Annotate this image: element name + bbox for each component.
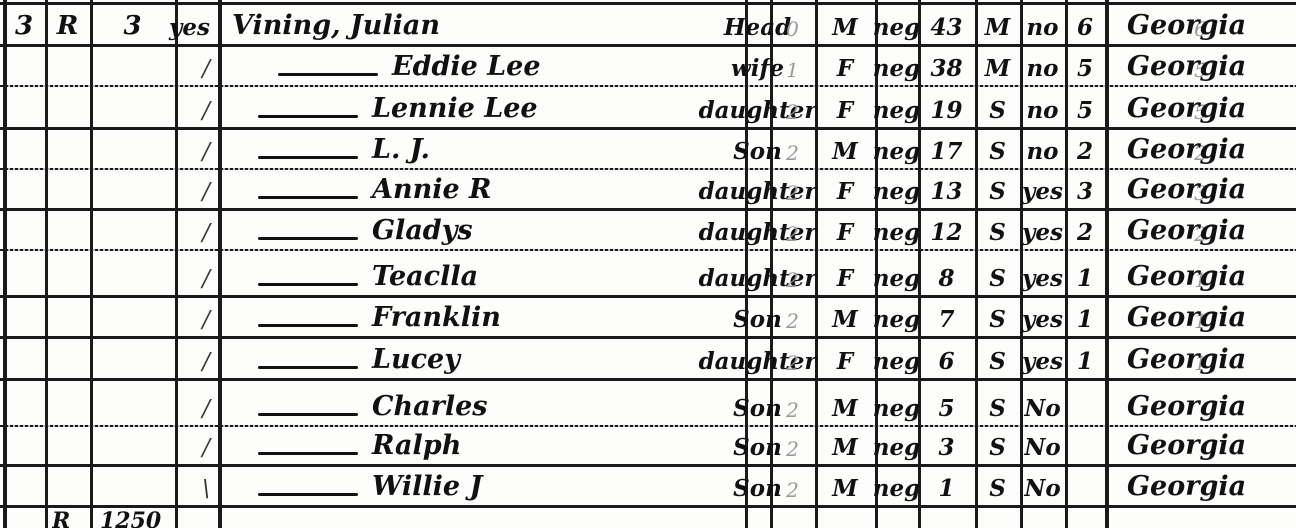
person-name: Lucey [218, 336, 745, 378]
name-text: Lennie Lee [372, 93, 538, 124]
name-text: Annie R [372, 174, 491, 205]
age: 13 [918, 168, 975, 208]
school-attendance: No [1020, 425, 1065, 464]
race: neg [875, 336, 918, 378]
relation: Head [745, 2, 770, 44]
relation-code: 2 [770, 168, 815, 208]
sex: M [815, 2, 875, 44]
ditto-dash [258, 324, 358, 327]
age: 6 [918, 336, 975, 378]
household-line-number: 3 [3, 2, 45, 44]
relation-code: 2 [770, 85, 815, 127]
ditto-dash [258, 452, 358, 455]
check-mark: / [175, 168, 218, 208]
check-mark: / [175, 295, 218, 336]
check-mark: \ [175, 464, 218, 505]
check-mark: / [175, 249, 218, 295]
ditto-dash [258, 156, 358, 159]
person-name: Teaclla [218, 249, 745, 295]
birthplace: Georgia [1105, 378, 1296, 425]
marital-status: S [975, 295, 1020, 336]
highest-grade: 1 [1065, 295, 1105, 336]
ditto-dash [258, 237, 358, 240]
age: 12 [918, 208, 975, 249]
marital-status: S [975, 249, 1020, 295]
birthplace: Georgia [1105, 336, 1296, 378]
name-text: Charles [372, 391, 487, 422]
home-owned-rented: R [45, 2, 90, 44]
highest-grade: 1 [1065, 336, 1105, 378]
person-name: L. J. [218, 127, 745, 168]
marital-status: M [975, 44, 1020, 85]
relation: daughter [745, 336, 770, 378]
school-attendance: No [1020, 378, 1065, 425]
school-attendance: no [1020, 2, 1065, 44]
check-mark: / [175, 378, 218, 425]
highest-grade [1065, 464, 1105, 505]
relation-code: 2 [770, 425, 815, 464]
relation: daughter [745, 208, 770, 249]
relation-code: 0 [770, 2, 815, 44]
person-name: Willie J [218, 464, 745, 505]
ditto-dash [258, 283, 358, 286]
name-text: Gladys [372, 215, 473, 246]
relation: wife [745, 44, 770, 85]
ditto-dash [258, 413, 358, 416]
age: 5 [918, 378, 975, 425]
relation: Son [745, 378, 770, 425]
marital-status: S [975, 464, 1020, 505]
sex: M [815, 295, 875, 336]
name-text: Vining, Julian [232, 10, 440, 41]
age: 1 [918, 464, 975, 505]
school-attendance: no [1020, 44, 1065, 85]
farm-residence: yes [175, 2, 218, 44]
name-text: Ralph [372, 430, 461, 461]
person-name: Ralph [218, 425, 745, 464]
sex: F [815, 44, 875, 85]
school-attendance: yes [1020, 249, 1065, 295]
marital-status: S [975, 425, 1020, 464]
sex: F [815, 168, 875, 208]
name-text: Eddie Lee [392, 51, 541, 82]
person-name: Lennie Lee [218, 85, 745, 127]
relation-code: 2 [770, 378, 815, 425]
school-attendance: no [1020, 127, 1065, 168]
name-text: L. J. [372, 134, 430, 165]
relation: daughter [745, 249, 770, 295]
marital-status: M [975, 2, 1020, 44]
highest-grade: 1 [1065, 249, 1105, 295]
relation-code: 2 [770, 127, 815, 168]
marital-status: S [975, 168, 1020, 208]
person-name: Franklin [218, 295, 745, 336]
relation-code: 2 [770, 336, 815, 378]
race: neg [875, 2, 918, 44]
highest-grade: 3 [1065, 168, 1105, 208]
sex: M [815, 464, 875, 505]
row-divider [0, 505, 1296, 508]
column-divider [45, 0, 48, 528]
birthplace: Georgia [1105, 425, 1296, 464]
race: neg [875, 208, 918, 249]
birthplace: Georgia [1105, 2, 1296, 44]
birthplace: Georgia [1105, 295, 1296, 336]
marital-status: S [975, 336, 1020, 378]
name-text: Willie J [372, 471, 482, 502]
check-mark: / [175, 336, 218, 378]
race: neg [875, 425, 918, 464]
relation: daughter [745, 168, 770, 208]
race: neg [875, 85, 918, 127]
race: neg [875, 249, 918, 295]
person-name: Charles [218, 378, 745, 425]
age: 19 [918, 85, 975, 127]
sex: F [815, 336, 875, 378]
race: neg [875, 127, 918, 168]
race: neg [875, 44, 918, 85]
ditto-dash [258, 115, 358, 118]
race: neg [875, 378, 918, 425]
age: 7 [918, 295, 975, 336]
check-mark: / [175, 208, 218, 249]
ditto-dash [258, 196, 358, 199]
check-mark: / [175, 85, 218, 127]
dwelling-number: 3 [90, 2, 175, 44]
age: 38 [918, 44, 975, 85]
relation: Son [745, 464, 770, 505]
sex: M [815, 378, 875, 425]
person-name: Eddie Lee [218, 44, 745, 85]
relation-code: 2 [770, 249, 815, 295]
highest-grade: 2 [1065, 127, 1105, 168]
birthplace: Georgia [1105, 44, 1296, 85]
age: 3 [918, 425, 975, 464]
relation: Son [745, 127, 770, 168]
person-name: Annie R [218, 168, 745, 208]
race: neg [875, 295, 918, 336]
name-text: Teaclla [372, 261, 478, 292]
age: 8 [918, 249, 975, 295]
person-name: Gladys [218, 208, 745, 249]
school-attendance: yes [1020, 208, 1065, 249]
check-mark: / [175, 44, 218, 85]
relation: Son [745, 295, 770, 336]
birthplace: Georgia [1105, 464, 1296, 505]
age: 43 [918, 2, 975, 44]
relation-code: 1 [770, 44, 815, 85]
sex: F [815, 208, 875, 249]
school-attendance: yes [1020, 295, 1065, 336]
check-mark: / [175, 425, 218, 464]
school-attendance: no [1020, 85, 1065, 127]
ditto-dash [258, 366, 358, 369]
sex: M [815, 425, 875, 464]
birthplace: Georgia [1105, 249, 1296, 295]
birthplace: Georgia [1105, 127, 1296, 168]
highest-grade [1065, 378, 1105, 425]
highest-grade: 2 [1065, 208, 1105, 249]
relation: Son [745, 425, 770, 464]
birthplace: Georgia [1105, 168, 1296, 208]
person-name: Vining, Julian [218, 2, 745, 44]
census-grid: 3R3yesVining, JulianHead0Mneg43Mno66Geor… [0, 0, 1296, 528]
birthplace: Georgia [1105, 85, 1296, 127]
ditto-dash [258, 493, 358, 496]
school-attendance: No [1020, 464, 1065, 505]
marital-status: S [975, 208, 1020, 249]
sex: F [815, 249, 875, 295]
highest-grade: 6 [1065, 2, 1105, 44]
column-divider [90, 0, 93, 528]
highest-grade [1065, 425, 1105, 464]
relation-code: 2 [770, 464, 815, 505]
name-text: Lucey [372, 344, 460, 375]
highest-grade: 5 [1065, 85, 1105, 127]
school-attendance: yes [1020, 168, 1065, 208]
next-row-owned-rented: R [52, 508, 88, 528]
relation: daughter [745, 85, 770, 127]
race: neg [875, 464, 918, 505]
age: 17 [918, 127, 975, 168]
next-row-value: 1250 [100, 508, 170, 528]
relation-code: 2 [770, 295, 815, 336]
sex: M [815, 127, 875, 168]
relation-code: 2 [770, 208, 815, 249]
marital-status: S [975, 378, 1020, 425]
census-sheet: 3R3yesVining, JulianHead0Mneg43Mno66Geor… [0, 0, 1296, 528]
name-text: Franklin [372, 302, 501, 333]
school-attendance: yes [1020, 336, 1065, 378]
column-divider [3, 0, 7, 528]
highest-grade: 5 [1065, 44, 1105, 85]
ditto-dash [278, 73, 378, 76]
marital-status: S [975, 127, 1020, 168]
check-mark: / [175, 127, 218, 168]
race: neg [875, 168, 918, 208]
birthplace: Georgia [1105, 208, 1296, 249]
sex: F [815, 85, 875, 127]
marital-status: S [975, 85, 1020, 127]
